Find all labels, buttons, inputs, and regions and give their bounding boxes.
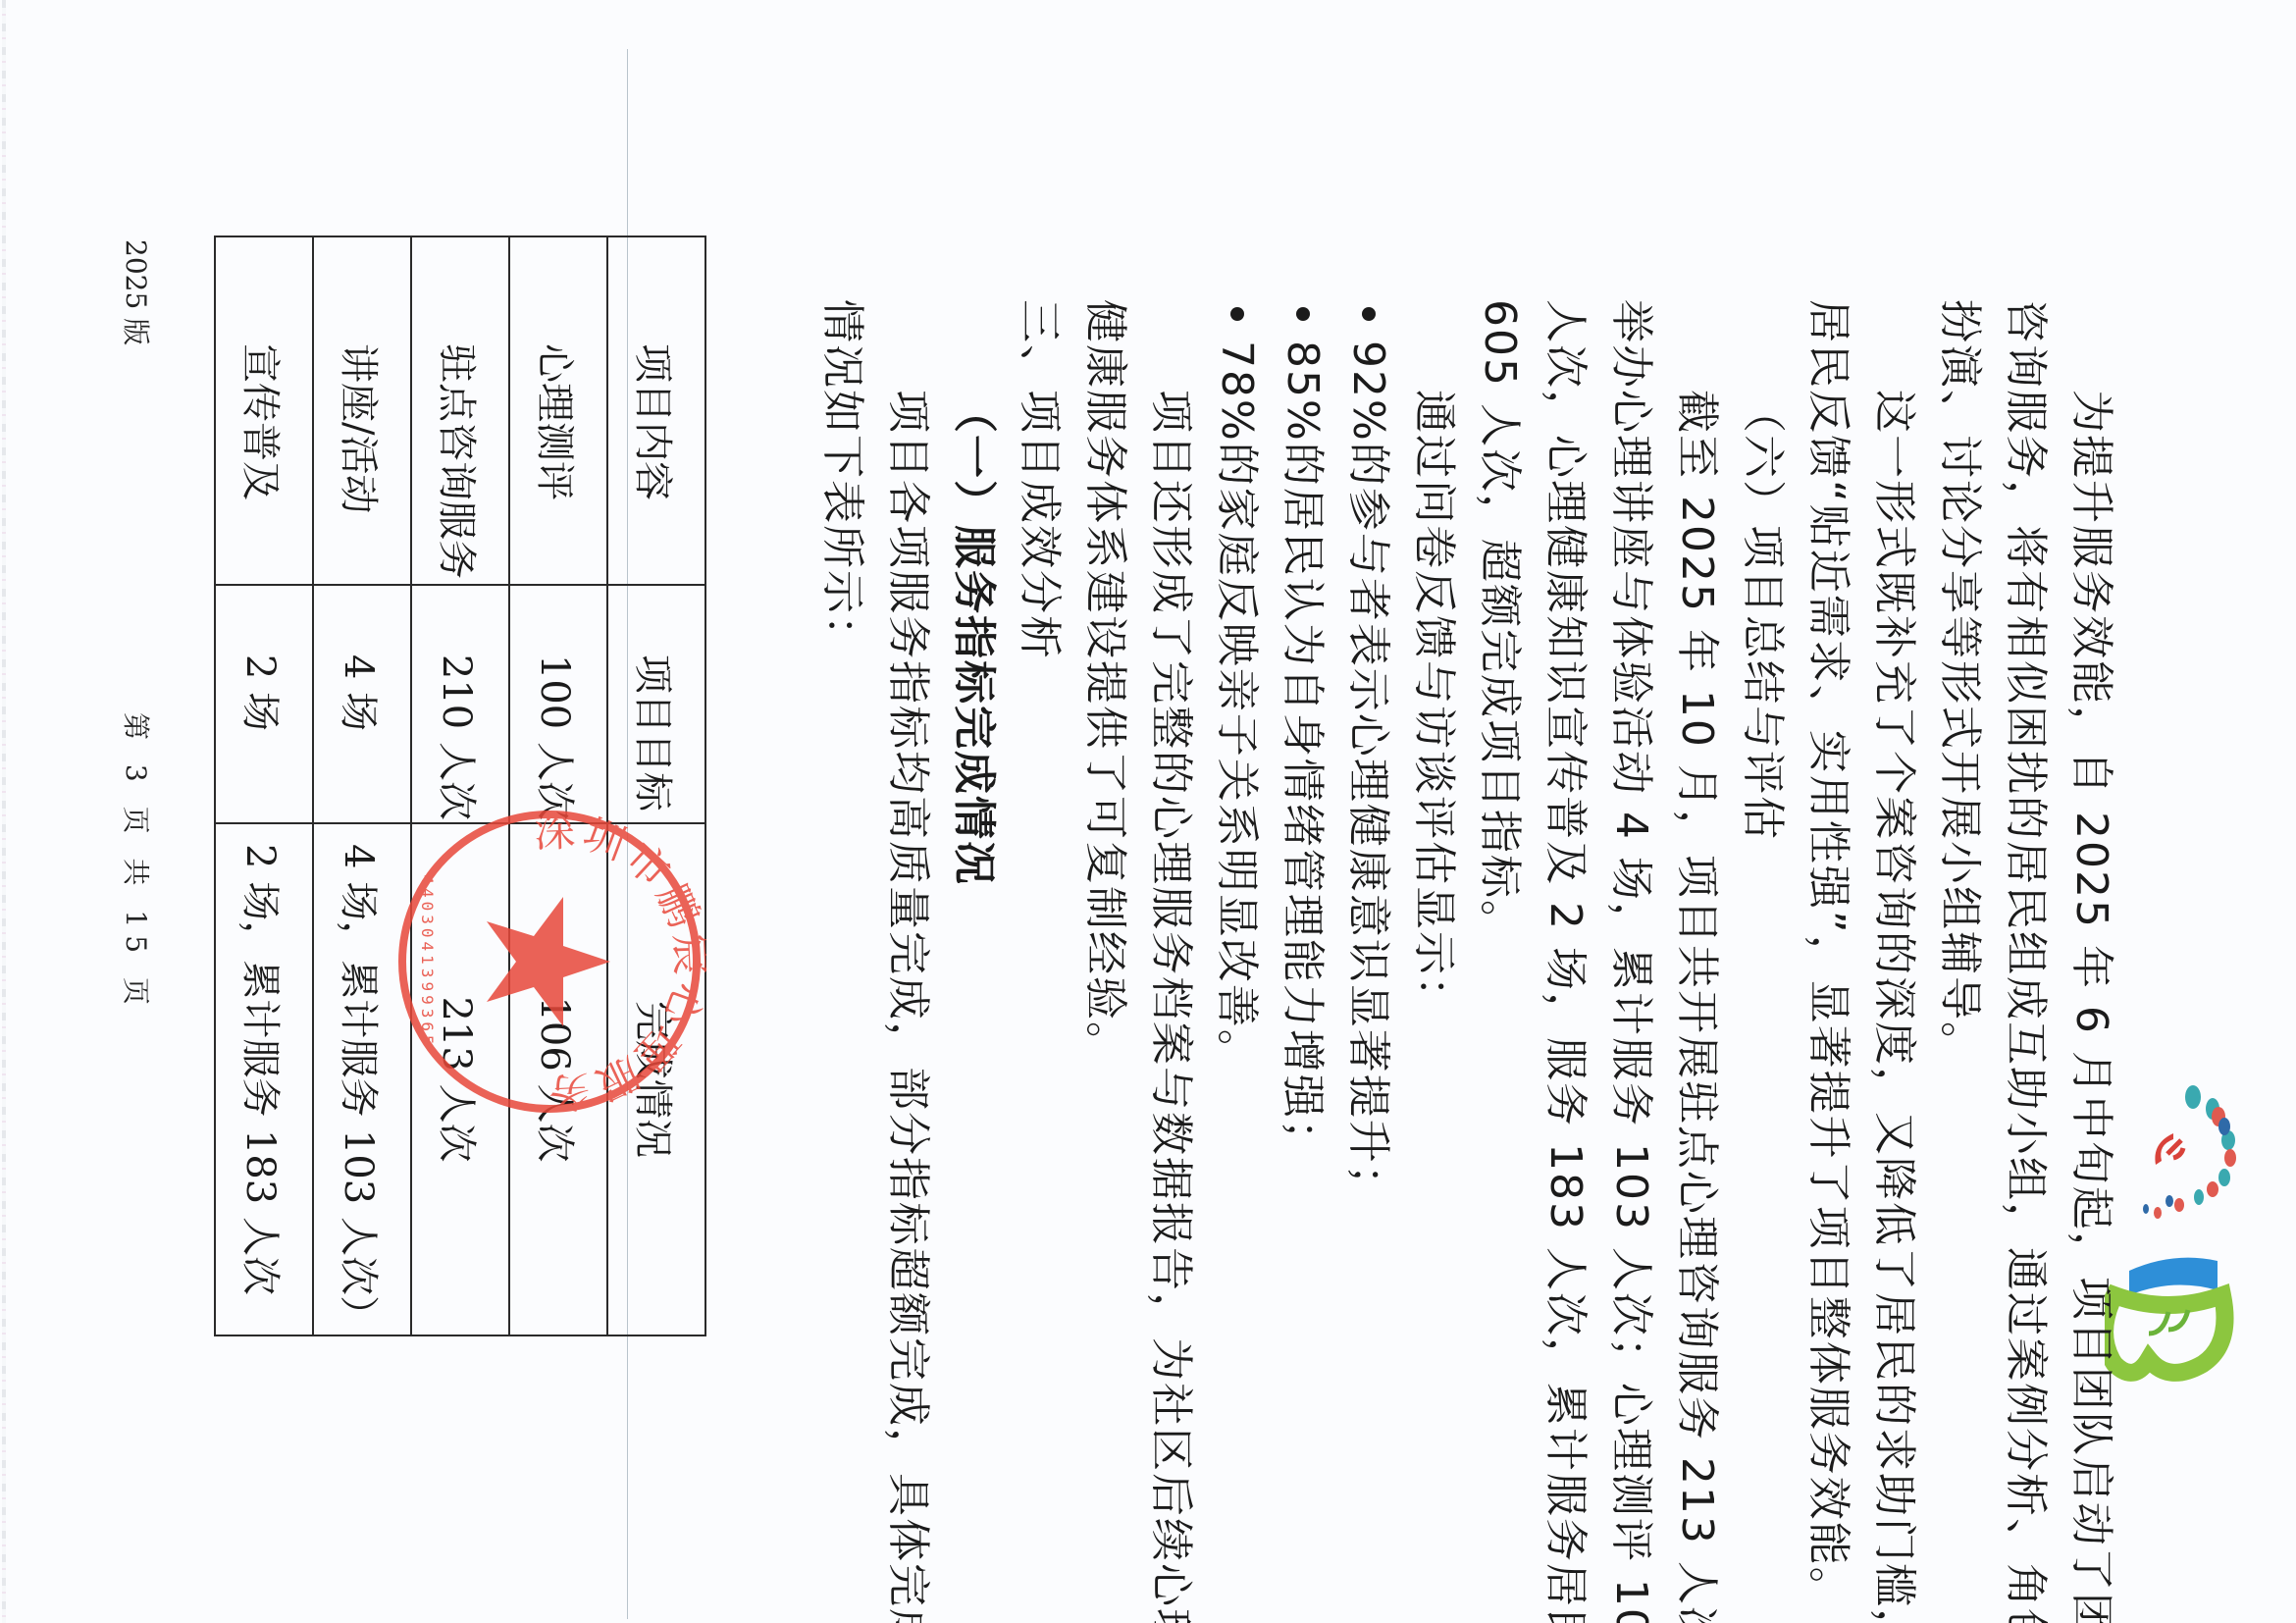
paragraph-line: 这一形式既补充了个案咨询的深度，又降低了居民的求助门槛，: [1861, 299, 1927, 1379]
paragraph-line: 举办心理讲座与体验活动 4 场，累计服务 103 人次；心理测评 106: [1598, 299, 1664, 1379]
paragraph-line: 605 人次，超额完成项目指标。: [1467, 299, 1533, 1379]
paragraph-line: 为提升服务效能，自 2025 年 6 月中旬起，项目团队启动了团体: [2059, 299, 2124, 1379]
table-cell: 驻点咨询服务: [411, 236, 509, 585]
table-cell: 210 人次: [411, 585, 509, 823]
table-cell: 2 场: [215, 585, 313, 823]
paragraph-line: 居民反馈“贴近需求、实用性强”，显著提升了项目整体服务效能。: [1796, 299, 1861, 1379]
bullet-item: 92%的参与者表示心理健康意识显著提升；: [1335, 299, 1401, 1379]
official-seal-icon: 深圳市鹏宸心理服务中心 4403041399365: [392, 805, 706, 1119]
bullet-text: 92%的参与者表示心理健康意识显著提升；: [1343, 340, 1393, 1210]
paragraph-line: 人次，心理健康知识宣传普及 2 场，服务 183 人次，累计服务居民: [1533, 299, 1598, 1379]
section-heading-analysis: 三、项目成效分析: [1007, 299, 1072, 1379]
bullet-item: 85%的居民认为自身情绪管理能力增强；: [1270, 299, 1335, 1379]
bullet-text: 85%的居民认为自身情绪管理能力增强；: [1278, 340, 1328, 1165]
document-page: 为提升服务效能，自 2025 年 6 月中旬起，项目团队启动了团体 咨询服务，将…: [0, 0, 2296, 1623]
bullet-text: 78%的家庭反映亲子关系明显改善。: [1212, 340, 1262, 1074]
party-emblem-icon: [2124, 1079, 2242, 1227]
scanned-document-canvas: 为提升服务效能，自 2025 年 6 月中旬起，项目团队启动了团体 咨询服务，将…: [0, 0, 2296, 1623]
paragraph-line: 通过问卷反馈与访谈评估显示：: [1401, 299, 1467, 1379]
table-cell: 宣传普及: [215, 236, 313, 585]
table-cell: 心理测评: [509, 236, 607, 585]
table-row: 驻点咨询服务 210 人次 213 人次: [411, 236, 509, 1335]
paragraph-line: 项目各项服务指标均高质量完成，部分指标超额完成，具体完成: [875, 299, 941, 1379]
table-cell: 100 人次: [509, 585, 607, 823]
paragraph-line: 项目还形成了完整的心理服务档案与数据报告，为社区后续心理: [1138, 299, 1204, 1379]
paragraph-line: 情况如下表所示：: [809, 299, 875, 1379]
page-number: 第 3 页 共 15 页: [118, 712, 157, 1013]
bullet-dot-icon: [1296, 307, 1310, 321]
bullet-dot-icon: [1362, 307, 1376, 321]
bullet-dot-icon: [1230, 307, 1244, 321]
indicator-table: 项目内容 项目目标 完成情况 心理测评 100 人次 106 人次 驻点咨询服务…: [214, 236, 706, 1336]
header-logos: [2105, 1079, 2242, 1393]
paragraph-group-results: 截至 2025 年 10 月，项目共开展驻点心理咨询服务 213 人次， 举办心…: [1401, 299, 1730, 1379]
document-body: 为提升服务效能，自 2025 年 6 月中旬起，项目团队启动了团体 咨询服务，将…: [809, 299, 2124, 1379]
seal-serial: 4403041399365: [418, 874, 437, 1048]
table-header-cell: 项目内容: [607, 236, 705, 585]
section-heading-summary: （六）项目总结与评估: [1730, 299, 1796, 1379]
table-row: 宣传普及 2 场 2 场，累计服务 183 人次: [215, 236, 313, 1335]
paragraph-line: 截至 2025 年 10 月，项目共开展驻点心理咨询服务 213 人次，: [1664, 299, 1730, 1379]
subsection-heading-indicators: （一）服务指标完成情况: [941, 299, 1007, 1379]
paragraph-group-service: 为提升服务效能，自 2025 年 6 月中旬起，项目团队启动了团体 咨询服务，将…: [1796, 299, 2124, 1379]
table-cell: 讲座/活动: [313, 236, 411, 585]
paragraph-line: 健康服务体系建设提供了可复制经验。: [1072, 299, 1138, 1379]
table-header-row: 项目内容 项目目标 完成情况: [607, 236, 705, 1335]
table-cell: 2 场，累计服务 183 人次: [215, 823, 313, 1335]
table-row: 心理测评 100 人次 106 人次: [509, 236, 607, 1335]
bullet-item: 78%的家庭反映亲子关系明显改善。: [1204, 299, 1270, 1379]
minsheng-logo-icon: [2105, 1241, 2242, 1398]
table-header-cell: 项目目标: [607, 585, 705, 823]
scan-edge-noise: [2, 0, 6, 1623]
table-cell: 4 场: [313, 585, 411, 823]
version-label: 2025 版: [118, 239, 157, 345]
paragraph-line: 咨询服务，将有相似困扰的居民组成互助小组，通过案例分析、角色: [1993, 299, 2059, 1379]
table-row: 讲座/活动 4 场 4 场，累计服务 103 人次）: [313, 236, 411, 1335]
paragraph-line: 扮演、讨论分享等形式开展小组辅导。: [1927, 299, 1993, 1379]
